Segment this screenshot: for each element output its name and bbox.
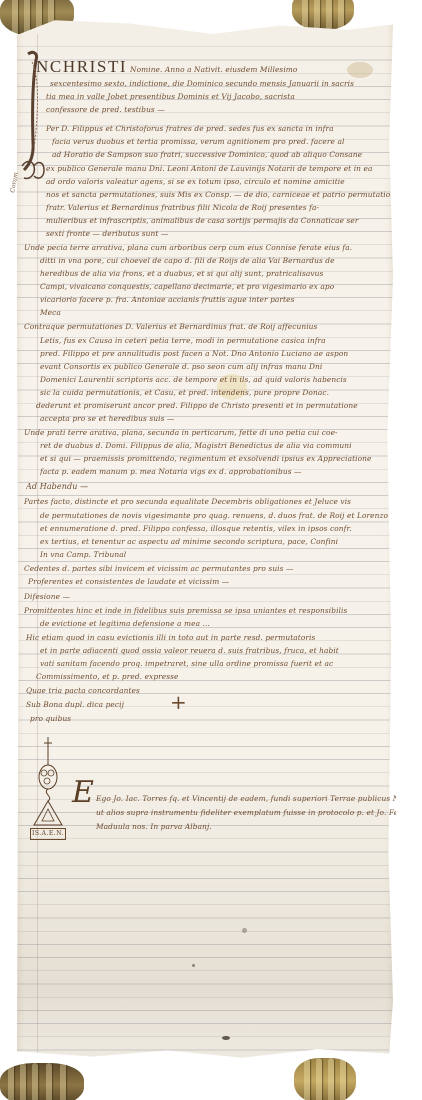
text-line: ad Horatio de Sampson suo fratri, succes… [52,148,390,161]
text-line: ad ordo valoris valeatur agens, si se ex… [46,175,390,188]
text-line: tia mea in valle Jobet presentibus Domin… [46,90,390,103]
text-line: Letis, fus ex Causa in ceteri petia terr… [40,334,390,347]
text-line: nos et sancta permutationes, suis Mis ex… [46,188,390,201]
text-line: facia verus duobus et tertia promissa, v… [52,135,390,148]
text-line: heredibus de alia via frons, et a duabus… [40,267,390,280]
text-line: fratr. Valerius et Bernardinus fratribus… [46,201,390,214]
notary-subscription-line: ut alios supra instrumentu fideliter exe… [96,806,396,819]
witness-line: pro quibus [30,712,130,725]
notary-sign-icon [28,735,68,841]
notary-subscription-line: Maduula nos. In parva Albanj. [96,820,296,833]
text-line: confessore de pred. testibus — [46,103,246,116]
text-line: de evictione et legitima defensione a me… [40,617,260,630]
foxing-spot [242,928,247,933]
scroll-finial-bottom-right [294,1058,356,1100]
section-label-habendum: Ad Habendu — [26,480,146,493]
text-line: pred. Filippo et pre annulitudis post fa… [40,347,390,360]
text-line: Promittentes hinc et inde in fidelibus s… [24,604,390,617]
text-line: accepta pro se et heredibus suis — [40,412,240,425]
notary-subscription-line: Ego Jo. Iac. Torres fq. et Vincentij de … [96,792,396,805]
scroll-finial-bottom-left [0,1063,84,1100]
text-line: Unde prati terre arativa, plana, secunda… [24,426,390,439]
text-line: Proferentes et consistentes de laudate e… [28,575,308,588]
text-line: Per D. Filippus et Christoforus fratres … [46,122,390,135]
text-line: In vna Camp. Tribunal [40,548,240,561]
text-line: Partes facto, distincte et pro secunda e… [24,495,390,508]
text-line: Meca [40,306,140,319]
text-line: et in parte adiacenti quod ossia valeor … [40,644,390,657]
text-line: vati sanitam facendo proq. impetraret, s… [40,657,390,670]
text-line: evant Consortis ex publico Generale d. p… [40,360,390,373]
document-heading: NCHRISTI [36,57,127,77]
text-line: facta p. eadem manum p. mea Notaria vigs… [40,465,390,478]
foxing-spot [192,964,195,967]
notary-sign-label: IS.A.E.N. [30,828,66,840]
text-line: Commissimento, et p. pred. expresse [36,670,236,683]
text-line: Contraque permutationes D. Valerius et B… [24,320,390,333]
text-line: Unde pecia terre arrativa, plana cum arb… [24,241,390,254]
witness-line: Sub Bona dupl. dica pecij [26,698,186,711]
text-line: sexti fronte — deributus sunt — [46,227,246,240]
text-line: et ennumeratione d. pred. Filippo confes… [40,522,390,535]
text-line: Difesione — [24,590,144,603]
text-line: Cedentes d. partes sibi invicem et vicis… [24,562,324,575]
notary-initial: E [72,775,94,810]
text-line: sexcentesimo sexto, indictione, die Domi… [50,77,392,90]
witness-line: Quae tria pacta concordantes [26,684,186,697]
text-line: ditti in vna pore, cui choevel de capo d… [40,254,390,267]
scroll-finial-top-right [292,0,354,30]
text-line: ex tertius, et tenentur ac aspectu ad mi… [40,535,390,548]
text-line: dederunt et promiserunt ancor pred. Fili… [36,399,390,412]
cross-mark-icon: + [170,690,187,714]
text-line: Domenici Laurentii scriptoris acc. de te… [40,373,390,386]
text-line: Campi, vivaicano conquestis, capellano d… [40,280,390,293]
text-line: vicariorio facere p. fra. Antoniae accia… [40,293,390,306]
text-line: et si qui — praemissis promittendo, regi… [40,452,390,465]
text-line: Nomine. Anno a Nativit. eiusdem Millesim… [130,63,390,76]
text-line: ex publico Generale manu Dni. Leoni Anto… [46,162,390,175]
foxing-spot [222,1036,230,1040]
text-line: de permutationes de novis vigesimante pr… [40,509,390,522]
text-line: Hic etiam quod in casu evictionis illi i… [26,631,390,644]
text-line: sic la cuida permutationis, et Casu, et … [40,386,390,399]
text-line: ret de duabus d. Domi. Filippus de alia,… [40,439,390,452]
text-line: mulieribus et infrascriptis, animalibus … [46,214,390,227]
